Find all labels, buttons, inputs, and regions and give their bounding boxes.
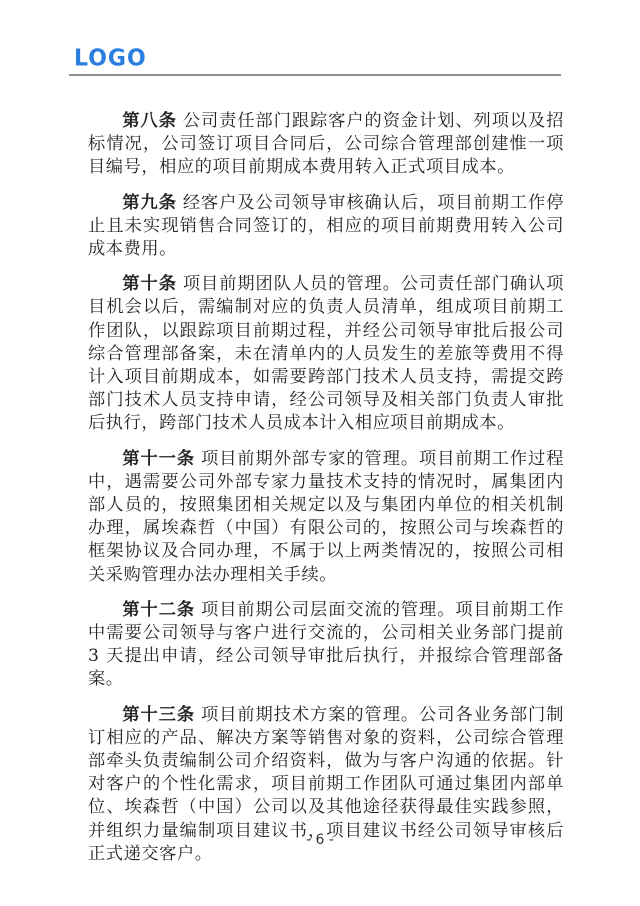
- article-title: 第十二条: [122, 600, 195, 620]
- article-text: 项目前期团队人员的管理。公司责任部门确认项目机会以后，需编制对应的负责人员清单，…: [88, 274, 564, 433]
- article-title: 第八条: [122, 111, 177, 131]
- article-title: 第十一条: [122, 449, 195, 469]
- article-title: 第十三条: [122, 705, 195, 725]
- header-divider: [69, 74, 561, 76]
- article-9: 第九条经客户及公司领导审核确认后，项目前期工作停止且未实现销售合同签订的，相应的…: [88, 192, 564, 262]
- article-title: 第九条: [122, 193, 177, 213]
- page-number: - 6 -: [0, 832, 640, 848]
- logo: LOGO: [74, 45, 147, 72]
- article-title: 第十条: [122, 274, 177, 294]
- article-8: 第八条公司责任部门跟踪客户的资金计划、列项以及招标情况，公司签订项目合同后，公司…: [88, 110, 564, 180]
- document-body: 第八条公司责任部门跟踪客户的资金计划、列项以及招标情况，公司签订项目合同后，公司…: [88, 110, 564, 878]
- article-11: 第十一条项目前期外部专家的管理。项目前期工作过程中，遇需要公司外部专家力量技术支…: [88, 448, 564, 587]
- article-10: 第十条项目前期团队人员的管理。公司责任部门确认项目机会以后，需编制对应的负责人员…: [88, 273, 564, 435]
- article-text: 项目前期外部专家的管理。项目前期工作过程中，遇需要公司外部专家力量技术支持的情况…: [88, 449, 564, 585]
- article-12: 第十二条项目前期公司层面交流的管理。项目前期工作中需要公司领导与客户进行交流的，…: [88, 599, 564, 692]
- page-header: LOGO: [69, 46, 561, 76]
